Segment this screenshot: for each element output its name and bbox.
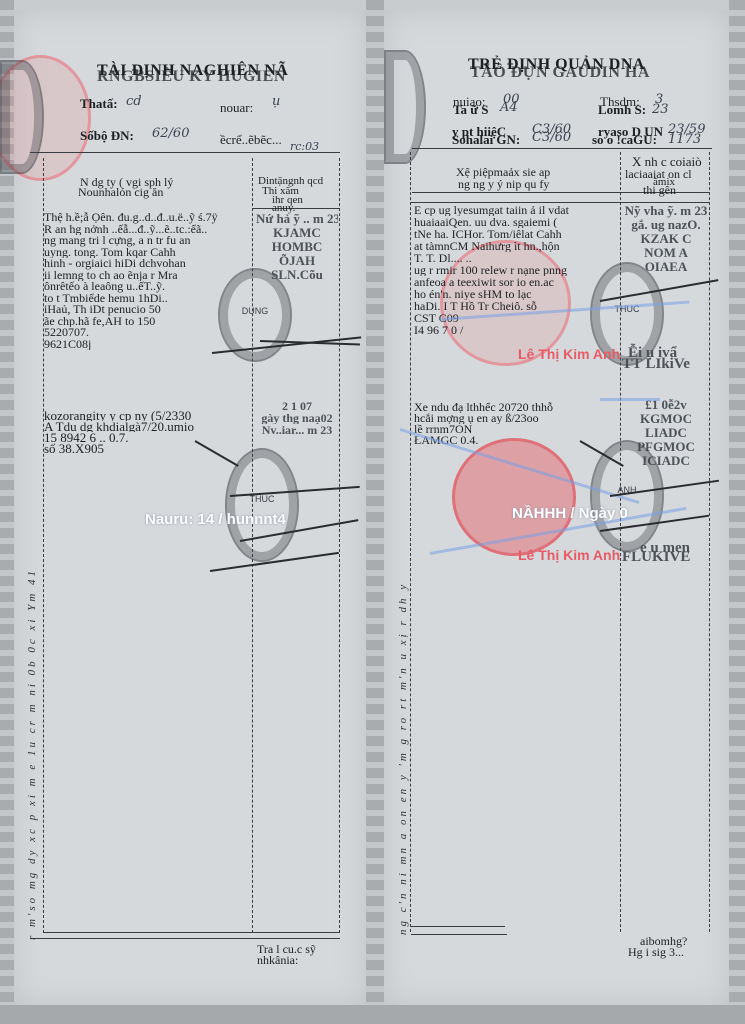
right-field-2-value: A4 — [500, 100, 518, 115]
gray-seal-left-edge — [0, 60, 44, 174]
entry-line: uyng. tong. Tom kqar Cahh — [44, 247, 250, 259]
entry-line: Nỹ vha ỹ. m 23 — [624, 204, 708, 218]
right-field-8-value: 1173 — [668, 132, 701, 147]
right-field-4-value: 23 — [652, 102, 669, 117]
left-field-1-value: cd — [126, 94, 142, 109]
left-vertical-margin-text: r m'so mg dy xc p xi m e 1u cr m ni 0b 0… — [26, 575, 38, 940]
entry-line: huaiaaiQen. uu dva. sgaiemi ( — [414, 216, 619, 228]
entry-line: gắ. ug nazO. — [624, 218, 708, 232]
gray-round-seal-right-2: ANH — [590, 440, 664, 552]
entry-line: KJAMC — [256, 226, 338, 240]
right-footer-line-2: Hg i sig 3... — [628, 945, 684, 960]
right-header-col1-line2: ng ng y ý nip qu fy — [458, 178, 549, 190]
right-field-6-value: C3/60 — [532, 130, 571, 145]
left-page-title-overlay: RNGBSIÊU KY HUGIEN — [97, 68, 286, 86]
left-header-col1-line2: Nounhalón cig ăn — [78, 186, 163, 198]
gray-seal-right-page-edge — [384, 50, 426, 164]
entry-line: ÕJAH — [256, 254, 338, 268]
entry-line: T. T. Dl.... .. — [414, 252, 619, 264]
right-page-title-overlay: TÃỒ ĐỰN GAUDIN HA — [470, 64, 650, 82]
left-table-bottom-rule — [43, 932, 340, 933]
entry-line: NOM A — [624, 246, 708, 260]
entry-line: HOMBC — [256, 240, 338, 254]
left-seal-overlay-text: Nauru: 14 / hunnnt4 — [145, 511, 286, 528]
entry-line: ng mang tri l cựng, a n tr fu an — [44, 235, 250, 247]
right-signer-1b: TT LIkiVe — [622, 356, 690, 372]
red-signature-name-2: Lê Thị Kim Anh — [518, 547, 620, 563]
left-entry-2: kozorangity y cp ny (5/2330A Tdu dg khdi… — [44, 410, 250, 454]
entry-line: Xe ndu đạ lthhểc 20720 thhỗ — [414, 402, 619, 413]
left-field-1-label: Thatấ: — [80, 96, 118, 112]
center-binding-gutter — [366, 0, 384, 1024]
entry-line: I4 96 7 0 / — [414, 324, 619, 336]
left-footer-line-2: nhkânia: — [257, 953, 298, 968]
entry-line: hinh - orgiaici hiDi dchvohan — [44, 258, 250, 270]
entry-line: anfeoa a teexiwit sor io en.ac — [414, 276, 619, 288]
scan-bottom-edge — [0, 1005, 745, 1024]
entry-line: số 38.X905 — [44, 443, 250, 454]
entry-line: 2 1 07 — [256, 400, 338, 412]
entry-line: Nứ hả ỹ .. m 23 — [256, 212, 338, 226]
entry-line: LIADC — [624, 426, 708, 440]
right-vertical-margin-text: ng c'n ni mn a on en y 'm g ro rt m'n u … — [397, 575, 409, 935]
right-field-6-label: Sohalai GN: — [452, 132, 520, 148]
entry-line: A Tdu dg khdialgà7/20.umio — [44, 421, 250, 432]
entry-line: ii lemng to ch ao ẽnja r Mra — [44, 270, 250, 282]
right-table-header-rule-2 — [410, 202, 710, 203]
blue-pen-stroke — [600, 398, 660, 401]
left-field-4-label: ềcrế..ẽbẽc... — [220, 132, 282, 148]
right-table-top-rule — [412, 148, 712, 149]
entry-line: E cp ug lyesumgat taiin ả il vdat — [414, 204, 619, 216]
entry-line: Nv..iar... m 23 — [256, 424, 338, 436]
entry-line: gày thg naạ02 — [256, 412, 338, 424]
entry-line: ug r rmir 100 relew r nạne pnng — [414, 264, 619, 276]
right-entry-2: Xe ndu đạ lthhểc 20720 thhỗhcắi mợng ụ e… — [414, 402, 619, 446]
right-field-2-label: Ta ữ S — [453, 102, 489, 118]
right-binding-edge — [729, 0, 745, 1024]
entry-line: at tàmnCM Naihưrg ìt hn.,hộn — [414, 240, 619, 252]
entry-line: ho én'n. niye sHM to lạc — [414, 288, 619, 300]
left-entry-2-remarks: 2 1 07gày thg naạ02Nv..iar... m 23 — [256, 400, 338, 436]
left-field-3-label: Sốbộ ĐN: — [80, 128, 134, 144]
right-signer-2b: FLUKIVE — [622, 549, 690, 565]
right-field-4-label: Lomh S: — [598, 102, 646, 118]
red-signature-name-1: Lê Thị Kim Anh — [518, 346, 620, 362]
left-field-2-value: ụ — [272, 94, 280, 109]
left-table-bottom-rule-2 — [30, 938, 340, 939]
entry-line: 9621C08j — [44, 339, 250, 351]
left-table-header-rule — [252, 208, 340, 209]
right-header-col2-line4: thi gên — [643, 184, 676, 196]
entry-line: KGMOC — [624, 412, 708, 426]
entry-line: Thệ h.ề;ẫ Ọên. đu.g..d..đ..u.ë..ỹ ś.7ÿ — [44, 212, 250, 224]
entry-line: hcắi mợng ụ en ay ß/23oo — [414, 413, 619, 424]
entry-line: lề rrnm7ON — [414, 424, 619, 435]
entry-line: R an hg nởnh ..ếẫ...đ..ỹ...ẽ..tc.:ểã.. — [44, 224, 250, 236]
entry-line: 15 8942 6 .. 0.7. — [44, 432, 250, 443]
right-table-right-border — [709, 152, 710, 932]
entry-line: ônrêtếo à leaông u..ếT..ỹ. — [44, 281, 250, 293]
right-table-bottom-rule — [411, 926, 505, 927]
right-table-left-border — [410, 152, 411, 932]
left-field-3-value: 62/60 — [152, 126, 189, 141]
entry-line: tNe ha. ICHor. Tom/iêlat Cahh — [414, 228, 619, 240]
right-table-bottom-rule-2 — [411, 934, 507, 935]
left-table-top-rule — [30, 152, 340, 153]
entry-line: kozorangity y cp ny (5/2330 — [44, 410, 250, 421]
left-table-right-border — [339, 158, 340, 933]
right-field-8-label: so o !caGU: — [592, 132, 657, 148]
entry-line: KZAK C — [624, 232, 708, 246]
right-entry-1: E cp ug lyesumgat taiin ả il vdathuaiaai… — [414, 204, 619, 336]
left-field-2-label: nouar: — [220, 100, 253, 116]
